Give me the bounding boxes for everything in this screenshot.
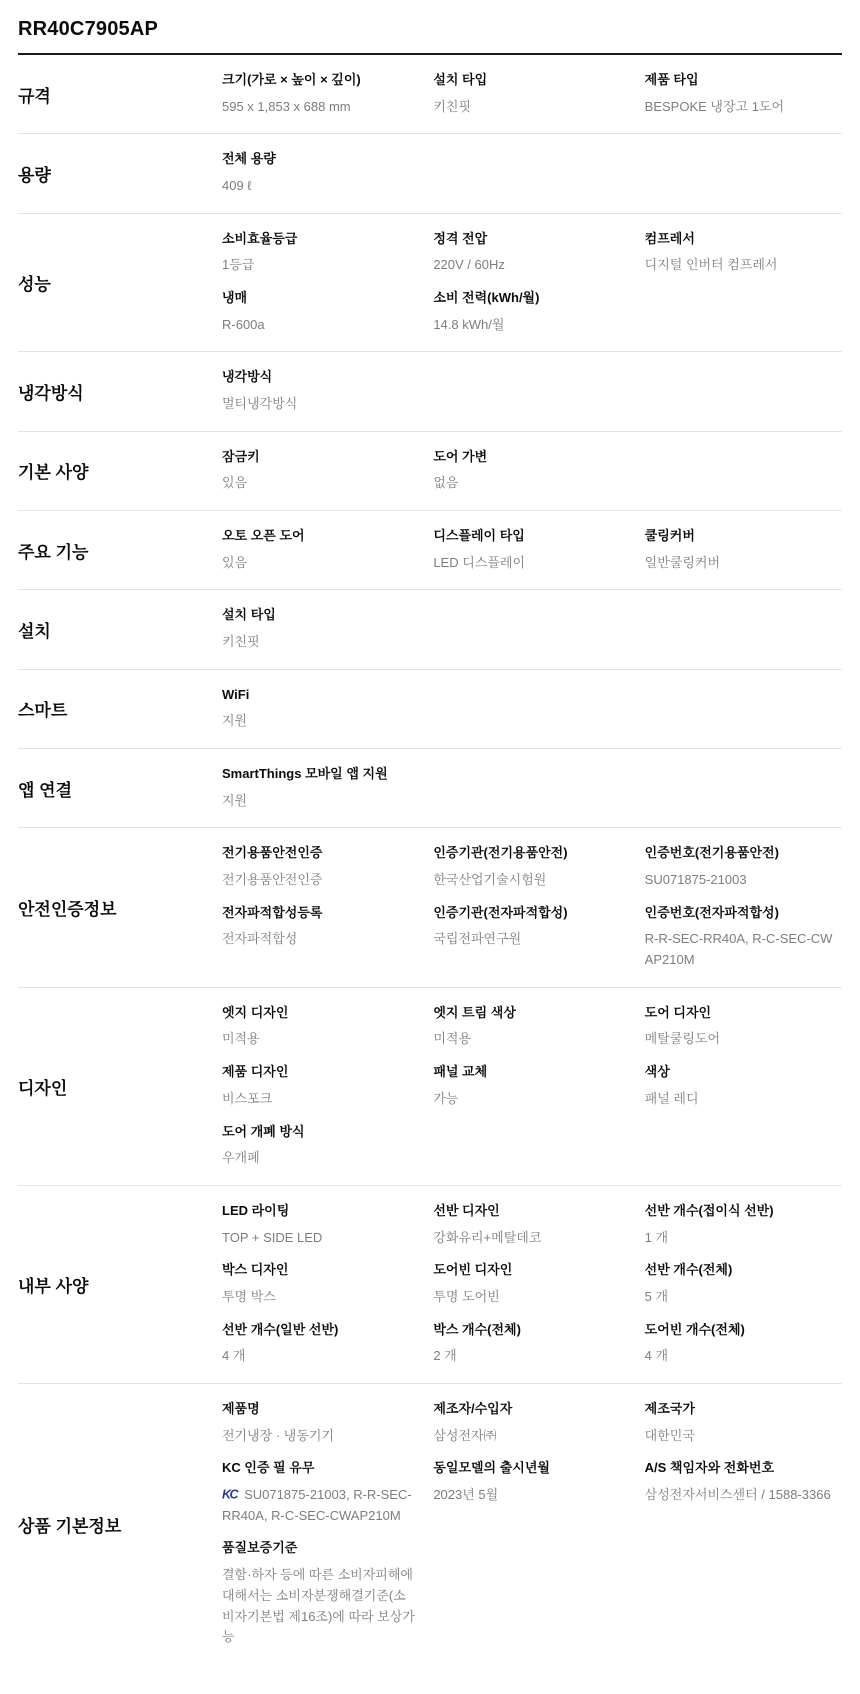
spec-value: 삼성전자서비스센터 / 1588-3366 bbox=[645, 1485, 838, 1506]
category-label: 내부 사양 bbox=[18, 1272, 222, 1297]
spec-item: 오토 오픈 도어있음 bbox=[222, 527, 419, 573]
spec-item: 박스 디자인투명 박스 bbox=[222, 1261, 419, 1307]
spec-label: 전자파적합성등록 bbox=[222, 904, 415, 922]
spec-value: 일반쿨링커버 bbox=[645, 553, 838, 574]
spec-value: 메탈쿨링도어 bbox=[645, 1029, 838, 1050]
section-row: 안전인증정보전기용품안전인증전기용품안전인증인증기관(전기용품안전)한국산업기술… bbox=[18, 828, 842, 987]
spec-label: 잠금키 bbox=[222, 448, 415, 466]
spec-label: 소비 전력(kWh/월) bbox=[433, 289, 626, 307]
section-items: 제품명전기냉장 · 냉동기기제조자/수입자삼성전자㈜제조국가대한민국KC 인증 … bbox=[222, 1400, 842, 1648]
spec-value: 대한민국 bbox=[645, 1426, 838, 1447]
spec-label: 전기용품안전인증 bbox=[222, 844, 415, 862]
spec-label: 크기(가로 × 높이 × 깊이) bbox=[222, 71, 415, 89]
category-label: 상품 기본정보 bbox=[18, 1512, 222, 1537]
spec-item: 도어 가변없음 bbox=[433, 448, 630, 494]
spec-label: 품질보증기준 bbox=[222, 1539, 415, 1557]
spec-label: 엣지 트림 색상 bbox=[433, 1004, 626, 1022]
spec-label: 선반 개수(접이식 선반) bbox=[645, 1202, 838, 1220]
category-label: 스마트 bbox=[18, 696, 222, 721]
section-row: 스마트WiFi지원 bbox=[18, 670, 842, 749]
section-items: 엣지 디자인미적용엣지 트림 색상미적용도어 디자인메탈쿨링도어제품 디자인비스… bbox=[222, 1004, 842, 1169]
spec-value: 키친핏 bbox=[222, 632, 415, 653]
spec-label: 설치 타입 bbox=[222, 606, 415, 624]
spec-label: 냉매 bbox=[222, 289, 415, 307]
spec-value: LED 디스플레이 bbox=[433, 553, 626, 574]
spec-item: 디스플레이 타입LED 디스플레이 bbox=[433, 527, 630, 573]
spec-item: 소비 전력(kWh/월)14.8 kWh/월 bbox=[433, 289, 630, 335]
spec-value: 전자파적합성 bbox=[222, 929, 415, 950]
spec-value: 있음 bbox=[222, 553, 415, 574]
spec-item: 소비효율등급1등급 bbox=[222, 230, 419, 276]
section-items: 소비효율등급1등급정격 전압220V / 60Hz컴프레서디지털 인버터 컴프레… bbox=[222, 230, 842, 336]
spec-item: 크기(가로 × 높이 × 깊이)595 x 1,853 x 688 mm bbox=[222, 71, 419, 117]
category-label: 앱 연결 bbox=[18, 776, 222, 801]
category-label: 디자인 bbox=[18, 1074, 222, 1099]
spec-value: 디지털 인버터 컴프레서 bbox=[645, 255, 838, 276]
spec-value: 국립전파연구원 bbox=[433, 929, 626, 950]
spec-item: SmartThings 모바일 앱 지원지원 bbox=[222, 765, 419, 811]
section-items: 크기(가로 × 높이 × 깊이)595 x 1,853 x 688 mm설치 타… bbox=[222, 71, 842, 117]
page-title: RR40C7905AP bbox=[18, 14, 842, 55]
spec-value: 가능 bbox=[433, 1089, 626, 1110]
spec-value: KCSU071875-21003, R-R-SEC-RR40A, R-C-SEC… bbox=[222, 1485, 415, 1527]
section-row: 디자인엣지 디자인미적용엣지 트림 색상미적용도어 디자인메탈쿨링도어제품 디자… bbox=[18, 988, 842, 1186]
spec-value: 4 개 bbox=[645, 1346, 838, 1367]
spec-label: 도어 가변 bbox=[433, 448, 626, 466]
spec-value: 미적용 bbox=[222, 1029, 415, 1050]
spec-item: 제품 타입BESPOKE 냉장고 1도어 bbox=[645, 71, 842, 117]
spec-value: 지원 bbox=[222, 791, 415, 812]
spec-value: 전기용품안전인증 bbox=[222, 870, 415, 891]
spec-label: 인증번호(전자파적합성) bbox=[645, 904, 838, 922]
spec-label: 인증번호(전기용품안전) bbox=[645, 844, 838, 862]
spec-label: 쿨링커버 bbox=[645, 527, 838, 545]
spec-label: 오토 오픈 도어 bbox=[222, 527, 415, 545]
section-row: 기본 사양잠금키있음도어 가변없음 bbox=[18, 432, 842, 511]
spec-label: 디스플레이 타입 bbox=[433, 527, 626, 545]
spec-value: 없음 bbox=[433, 473, 626, 494]
spec-item: 선반 개수(일반 선반)4 개 bbox=[222, 1321, 419, 1367]
spec-label: 도어 개폐 방식 bbox=[222, 1123, 415, 1141]
spec-value: R-600a bbox=[222, 315, 415, 336]
category-label: 설치 bbox=[18, 617, 222, 642]
spec-value: 강화유리+메탈데코 bbox=[433, 1228, 626, 1249]
spec-value: 미적용 bbox=[433, 1029, 626, 1050]
section-items: SmartThings 모바일 앱 지원지원 bbox=[222, 765, 842, 811]
spec-item: 패널 교체가능 bbox=[433, 1063, 630, 1109]
spec-value: 있음 bbox=[222, 473, 415, 494]
spec-label: 선반 디자인 bbox=[433, 1202, 626, 1220]
section-row: 내부 사양LED 라이팅TOP + SIDE LED선반 디자인강화유리+메탈데… bbox=[18, 1186, 842, 1384]
spec-value: 전기냉장 · 냉동기기 bbox=[222, 1426, 415, 1447]
spec-item: WiFi지원 bbox=[222, 686, 419, 732]
spec-item: 품질보증기준결함·하자 등에 따른 소비자피해에 대해서는 소비자분쟁해결기준(… bbox=[222, 1539, 419, 1648]
spec-value: SU071875-21003 bbox=[645, 870, 838, 891]
spec-item: 설치 타입키친핏 bbox=[433, 71, 630, 117]
spec-item: 전기용품안전인증전기용품안전인증 bbox=[222, 844, 419, 890]
spec-item: 설치 타입키친핏 bbox=[222, 606, 419, 652]
spec-value: 비스포크 bbox=[222, 1089, 415, 1110]
section-items: 오토 오픈 도어있음디스플레이 타입LED 디스플레이쿨링커버일반쿨링커버 bbox=[222, 527, 842, 573]
spec-item: 냉매R-600a bbox=[222, 289, 419, 335]
category-label: 안전인증정보 bbox=[18, 895, 222, 920]
spec-item: 엣지 디자인미적용 bbox=[222, 1004, 419, 1050]
spec-label: 컴프레서 bbox=[645, 230, 838, 248]
spec-item: 도어빈 디자인투명 도어빈 bbox=[433, 1261, 630, 1307]
spec-label: 엣지 디자인 bbox=[222, 1004, 415, 1022]
spec-item: 전자파적합성등록전자파적합성 bbox=[222, 904, 419, 950]
spec-item: 색상패널 레디 bbox=[645, 1063, 842, 1109]
spec-value: 2023년 5월 bbox=[433, 1485, 626, 1506]
spec-table: 규격크기(가로 × 높이 × 깊이)595 x 1,853 x 688 mm설치… bbox=[18, 55, 842, 1664]
spec-item: 제조국가대한민국 bbox=[645, 1400, 842, 1446]
kc-certification-icon: KC bbox=[222, 1484, 237, 1504]
section-items: 전기용품안전인증전기용품안전인증인증기관(전기용품안전)한국산업기술시험원인증번… bbox=[222, 844, 842, 970]
spec-item: 냉각방식멀티냉각방식 bbox=[222, 368, 419, 414]
spec-value: 투명 박스 bbox=[222, 1287, 415, 1308]
spec-label: 도어빈 디자인 bbox=[433, 1261, 626, 1279]
spec-label: 인증기관(전자파적합성) bbox=[433, 904, 626, 922]
section-row: 냉각방식냉각방식멀티냉각방식 bbox=[18, 352, 842, 431]
spec-label: SmartThings 모바일 앱 지원 bbox=[222, 765, 415, 783]
spec-value: 지원 bbox=[222, 711, 415, 732]
category-label: 성능 bbox=[18, 270, 222, 295]
spec-value: 1 개 bbox=[645, 1228, 838, 1249]
spec-label: 전체 용량 bbox=[222, 150, 415, 168]
spec-label: 박스 개수(전체) bbox=[433, 1321, 626, 1339]
spec-value: 삼성전자㈜ bbox=[433, 1426, 626, 1447]
spec-label: LED 라이팅 bbox=[222, 1202, 415, 1220]
spec-value: 220V / 60Hz bbox=[433, 255, 626, 276]
spec-value: 4 개 bbox=[222, 1346, 415, 1367]
spec-value: R-R-SEC-RR40A, R-C-SEC-CWAP210M bbox=[645, 929, 838, 971]
spec-item: 박스 개수(전체)2 개 bbox=[433, 1321, 630, 1367]
spec-label: 도어 디자인 bbox=[645, 1004, 838, 1022]
spec-value: 투명 도어빈 bbox=[433, 1287, 626, 1308]
section-row: 상품 기본정보제품명전기냉장 · 냉동기기제조자/수입자삼성전자㈜제조국가대한민… bbox=[18, 1384, 842, 1664]
section-items: LED 라이팅TOP + SIDE LED선반 디자인강화유리+메탈데코선반 개… bbox=[222, 1202, 842, 1367]
spec-label: 색상 bbox=[645, 1063, 838, 1081]
spec-item: 인증기관(전자파적합성)국립전파연구원 bbox=[433, 904, 630, 950]
section-items: 전체 용량409 ℓ bbox=[222, 150, 842, 196]
spec-label: 제품명 bbox=[222, 1400, 415, 1418]
spec-value: BESPOKE 냉장고 1도어 bbox=[645, 97, 838, 118]
section-items: 잠금키있음도어 가변없음 bbox=[222, 448, 842, 494]
category-label: 기본 사양 bbox=[18, 458, 222, 483]
section-row: 앱 연결SmartThings 모바일 앱 지원지원 bbox=[18, 749, 842, 828]
spec-label: A/S 책임자와 전화번호 bbox=[645, 1459, 838, 1477]
spec-value: 595 x 1,853 x 688 mm bbox=[222, 97, 415, 118]
spec-value: 우개폐 bbox=[222, 1148, 415, 1169]
spec-value: 1등급 bbox=[222, 255, 415, 276]
category-label: 주요 기능 bbox=[18, 538, 222, 563]
section-items: 설치 타입키친핏 bbox=[222, 606, 842, 652]
spec-value: TOP + SIDE LED bbox=[222, 1228, 415, 1249]
spec-label: KC 인증 필 유무 bbox=[222, 1459, 415, 1477]
spec-label: 인증기관(전기용품안전) bbox=[433, 844, 626, 862]
spec-label: 소비효율등급 bbox=[222, 230, 415, 248]
section-row: 설치설치 타입키친핏 bbox=[18, 590, 842, 669]
spec-label: 정격 전압 bbox=[433, 230, 626, 248]
spec-label: 선반 개수(일반 선반) bbox=[222, 1321, 415, 1339]
spec-item: 선반 개수(전체)5 개 bbox=[645, 1261, 842, 1307]
spec-item: A/S 책임자와 전화번호삼성전자서비스센터 / 1588-3366 bbox=[645, 1459, 842, 1505]
product-spec-page: RR40C7905AP 규격크기(가로 × 높이 × 깊이)595 x 1,85… bbox=[0, 0, 860, 1694]
spec-item: 쿨링커버일반쿨링커버 bbox=[645, 527, 842, 573]
spec-label: 제품 타입 bbox=[645, 71, 838, 89]
spec-item: KC 인증 필 유무KCSU071875-21003, R-R-SEC-RR40… bbox=[222, 1459, 419, 1526]
spec-label: 박스 디자인 bbox=[222, 1261, 415, 1279]
category-label: 규격 bbox=[18, 82, 222, 107]
spec-label: 제품 디자인 bbox=[222, 1063, 415, 1081]
section-row: 용량전체 용량409 ℓ bbox=[18, 134, 842, 213]
spec-item: 선반 개수(접이식 선반)1 개 bbox=[645, 1202, 842, 1248]
spec-item: 컴프레서디지털 인버터 컴프레서 bbox=[645, 230, 842, 276]
spec-value: 키친핏 bbox=[433, 97, 626, 118]
spec-value: 한국산업기술시험원 bbox=[433, 870, 626, 891]
spec-value: 5 개 bbox=[645, 1287, 838, 1308]
spec-item: 인증번호(전기용품안전)SU071875-21003 bbox=[645, 844, 842, 890]
spec-item: 정격 전압220V / 60Hz bbox=[433, 230, 630, 276]
category-label: 용량 bbox=[18, 161, 222, 186]
spec-label: 선반 개수(전체) bbox=[645, 1261, 838, 1279]
section-row: 주요 기능오토 오픈 도어있음디스플레이 타입LED 디스플레이쿨링커버일반쿨링… bbox=[18, 511, 842, 590]
spec-item: 도어 개폐 방식우개폐 bbox=[222, 1123, 419, 1169]
spec-value: 409 ℓ bbox=[222, 176, 415, 197]
spec-label: 제조국가 bbox=[645, 1400, 838, 1418]
spec-label: 도어빈 개수(전체) bbox=[645, 1321, 838, 1339]
spec-label: WiFi bbox=[222, 686, 415, 704]
spec-item: 제품명전기냉장 · 냉동기기 bbox=[222, 1400, 419, 1446]
spec-label: 제조자/수입자 bbox=[433, 1400, 626, 1418]
spec-item: 도어 디자인메탈쿨링도어 bbox=[645, 1004, 842, 1050]
spec-label: 패널 교체 bbox=[433, 1063, 626, 1081]
spec-item: 선반 디자인강화유리+메탈데코 bbox=[433, 1202, 630, 1248]
category-label: 냉각방식 bbox=[18, 379, 222, 404]
spec-item: 제품 디자인비스포크 bbox=[222, 1063, 419, 1109]
spec-value: 패널 레디 bbox=[645, 1089, 838, 1110]
section-items: 냉각방식멀티냉각방식 bbox=[222, 368, 842, 414]
spec-value: 14.8 kWh/월 bbox=[433, 315, 626, 336]
spec-item: 인증번호(전자파적합성)R-R-SEC-RR40A, R-C-SEC-CWAP2… bbox=[645, 904, 842, 971]
section-row: 성능소비효율등급1등급정격 전압220V / 60Hz컴프레서디지털 인버터 컴… bbox=[18, 214, 842, 353]
section-items: WiFi지원 bbox=[222, 686, 842, 732]
spec-item: LED 라이팅TOP + SIDE LED bbox=[222, 1202, 419, 1248]
spec-value: 결함·하자 등에 따른 소비자피해에 대해서는 소비자분쟁해결기준(소비자기본법… bbox=[222, 1565, 415, 1648]
spec-value: 멀티냉각방식 bbox=[222, 394, 415, 415]
spec-value: 2 개 bbox=[433, 1346, 626, 1367]
spec-item: 잠금키있음 bbox=[222, 448, 419, 494]
section-row: 규격크기(가로 × 높이 × 깊이)595 x 1,853 x 688 mm설치… bbox=[18, 55, 842, 134]
spec-item: 도어빈 개수(전체)4 개 bbox=[645, 1321, 842, 1367]
spec-label: 냉각방식 bbox=[222, 368, 415, 386]
spec-item: 엣지 트림 색상미적용 bbox=[433, 1004, 630, 1050]
spec-label: 설치 타입 bbox=[433, 71, 626, 89]
spec-label: 동일모델의 출시년월 bbox=[433, 1459, 626, 1477]
spec-item: 동일모델의 출시년월2023년 5월 bbox=[433, 1459, 630, 1505]
spec-item: 제조자/수입자삼성전자㈜ bbox=[433, 1400, 630, 1446]
spec-item: 전체 용량409 ℓ bbox=[222, 150, 419, 196]
spec-item: 인증기관(전기용품안전)한국산업기술시험원 bbox=[433, 844, 630, 890]
